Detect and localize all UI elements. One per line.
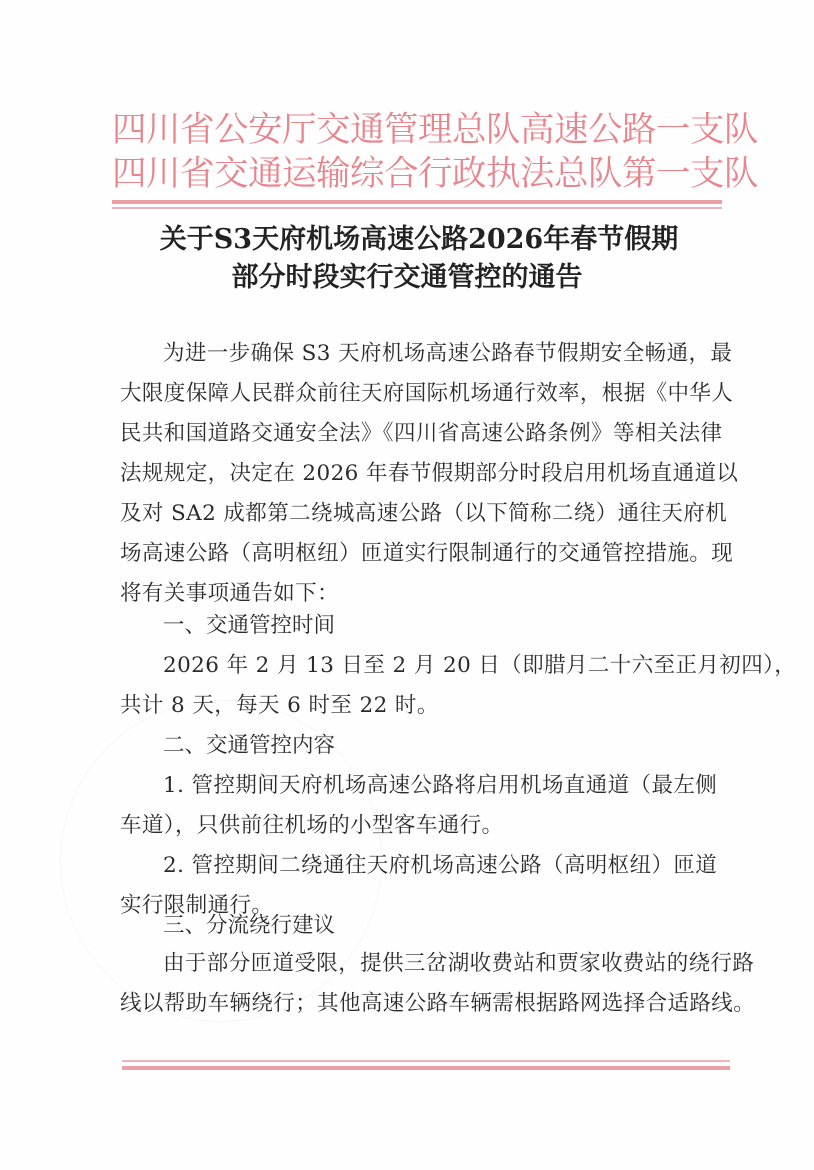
intro-line: 民共和国道路交通安全法》《四川省高速公路条例》等相关法律 — [120, 414, 720, 454]
section-body-content: 1. 管控期间天府机场高速公路将启用机场直通道（最左侧 车道），只供前往机场的小… — [120, 766, 720, 926]
section-line: 2. 管控期间二绕通往天府机场高速公路（高明枢纽）匝道 — [120, 846, 720, 886]
notice-title-line-1: 关于S3天府机场高速公路2026年春节假期 — [12, 220, 814, 260]
intro-line: 场高速公路（高明枢纽）匝道实行限制通行的交通管控措施。现 — [120, 534, 720, 574]
intro-line: 法规规定，决定在 2026 年春节假期部分时段启用机场直通道以 — [120, 454, 720, 494]
section-body-detour: 由于部分匝道受限，提供三岔湖收费站和贾家收费站的绕行路 线以帮助车辆绕行；其他高… — [120, 944, 720, 1024]
section-heading-content: 二、交通管控内容 — [163, 726, 335, 766]
intro-paragraph: 为进一步确保 S3 天府机场高速公路春节假期安全畅通，最 大限度保障人民群众前往… — [120, 334, 720, 614]
section-line: 2026 年 2 月 13 日至 2 月 20 日（即腊月二十六至正月初四）， — [120, 646, 720, 686]
section-line: 共计 8 天，每天 6 时至 22 时。 — [120, 686, 720, 726]
letterhead-line-1: 四川省公安厅交通管理总队高速公路一支队 — [112, 108, 722, 152]
footer-rule-thin — [122, 1060, 730, 1062]
letterhead-line-2: 四川省交通运输综合行政执法总队第一支队 — [112, 152, 722, 196]
intro-line: 大限度保障人民群众前往天府国际机场通行效率，根据《中华人 — [120, 374, 720, 414]
section-line: 车道），只供前往机场的小型客车通行。 — [120, 806, 720, 846]
section-line: 1. 管控期间天府机场高速公路将启用机场直通道（最左侧 — [120, 766, 720, 806]
section-line: 线以帮助车辆绕行；其他高速公路车辆需根据路网选择合适路线。 — [120, 984, 720, 1024]
header-rule-thick — [112, 200, 722, 204]
section-line: 由于部分匝道受限，提供三岔湖收费站和贾家收费站的绕行路 — [120, 944, 720, 984]
notice-title-line-2: 部分时段实行交通管控的通告 — [0, 258, 814, 298]
document-page: 四川省公安厅交通管理总队高速公路一支队 四川省交通运输综合行政执法总队第一支队 … — [0, 0, 814, 1170]
intro-line: 及对 SA2 成都第二绕城高速公路（以下简称二绕）通往天府机 — [120, 494, 720, 534]
section-heading-time: 一、交通管控时间 — [163, 606, 335, 646]
header-rule-thin — [112, 207, 722, 209]
section-heading-detour: 三、分流绕行建议 — [163, 906, 335, 946]
footer-rule-thick — [122, 1066, 730, 1070]
section-body-time: 2026 年 2 月 13 日至 2 月 20 日（即腊月二十六至正月初四）， … — [120, 646, 720, 726]
intro-line: 为进一步确保 S3 天府机场高速公路春节假期安全畅通，最 — [120, 334, 720, 374]
